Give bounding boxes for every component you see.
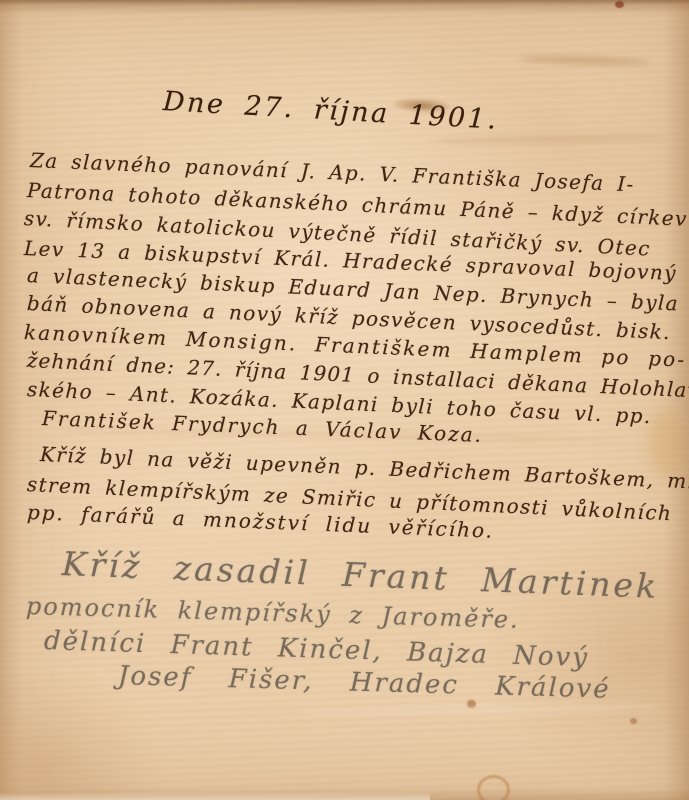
paper-wrinkle xyxy=(430,134,670,145)
ring-stain xyxy=(477,775,510,800)
paper-wrinkle xyxy=(300,703,660,717)
manuscript-page: Dne 27. října 1901. Za slavného panování… xyxy=(0,0,689,800)
scan-edge-highlight xyxy=(0,792,430,800)
corner-ink-dot xyxy=(615,1,624,8)
stain-spot xyxy=(467,700,476,708)
top-stain-streak xyxy=(520,54,650,68)
date-heading: Dne 27. října 1901. xyxy=(162,86,499,136)
stain-spot xyxy=(630,718,637,724)
